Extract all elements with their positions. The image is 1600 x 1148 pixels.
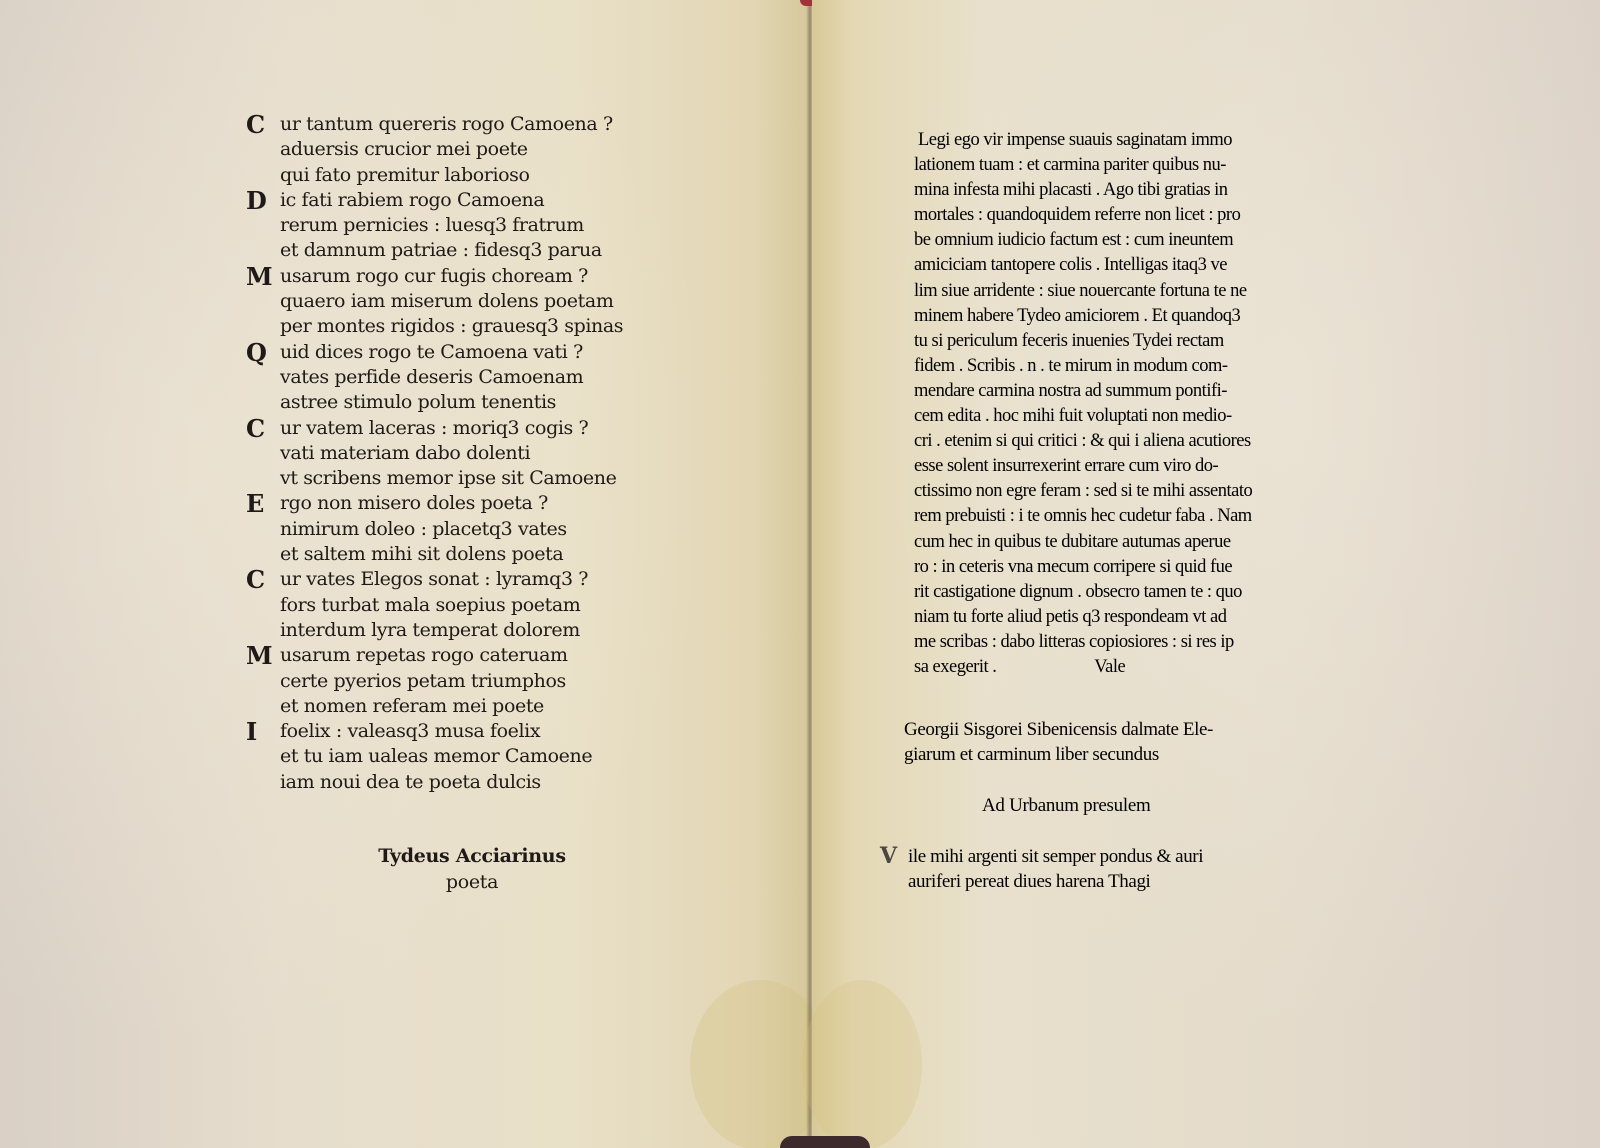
drop-initial: C [246, 567, 276, 592]
letter-line: amiciciam tantopere colis . Intelligas i… [914, 253, 1334, 278]
letter-line: me scribas : dabo litteras copiosiores :… [914, 630, 1334, 655]
drop-initial: E [246, 491, 276, 516]
poem-line: aduersis crucior mei poete [246, 137, 666, 162]
poem-line: interdum lyra temperat dolorem [246, 618, 666, 643]
drop-initial: M [246, 264, 276, 289]
letter-line: ctissimo non egre feram : sed si te mihi… [914, 479, 1334, 504]
left-page: Cur tantum quereris rogo Camoena ? aduer… [0, 0, 810, 1148]
drop-initial: V [880, 844, 910, 869]
poem-line: qui fato premitur laborioso [246, 163, 666, 188]
letter-line: esse solent insurrexerint errare cum vir… [914, 454, 1334, 479]
poem-line: fors turbat mala soepius poetam [246, 593, 666, 618]
letter-line: cem edita . hoc mihi fuit voluptati non … [914, 404, 1334, 429]
poem-line: quaero iam miserum dolens poetam [246, 289, 666, 314]
poem-line: vt scribens memor ipse sit Camoene [246, 466, 666, 491]
poem-dedication: Ad Urbanum presulem [982, 793, 1150, 818]
right-poem: Vile mihi argenti sit semper pondus & au… [880, 844, 1310, 895]
poem-line: Musarum repetas rogo cateruam [246, 643, 666, 668]
poem-line: et tu iam ualeas memor Camoene [246, 744, 666, 769]
poem-line: Quid dices rogo te Camoena vati ? [246, 340, 666, 365]
poem-line: Ifoelix : valeasq3 musa foelix [246, 719, 666, 744]
poem-line: Ergo non misero doles poeta ? [246, 491, 666, 516]
poem-line: Cur tantum quereris rogo Camoena ? [246, 112, 666, 137]
poem-line: vati materiam dabo dolenti [246, 441, 666, 466]
letter-text: Legi ego vir impense suauis saginatam im… [914, 128, 1334, 680]
letter-line: mina infesta mihi placasti . Ago tibi gr… [914, 178, 1334, 203]
poem-line: nimirum doleo : placetq3 vates [246, 517, 666, 542]
paper-stain [802, 980, 922, 1148]
letter-line: mendare carmina nostra ad summum pontifi… [914, 379, 1334, 404]
book-heading: Georgii Sisgorei Sibenicensis dalmate El… [904, 717, 1334, 767]
letter-line: lim siue arridente : siue nouercante for… [914, 279, 1334, 304]
author-name: Tydeus Acciarinus [372, 843, 572, 869]
poem-line: et saltem mihi sit dolens poeta [246, 542, 666, 567]
book-spread: Cur tantum quereris rogo Camoena ? aduer… [0, 0, 1600, 1148]
spine-shadow [780, 1136, 870, 1148]
poem-line: astree stimulo polum tenentis [246, 390, 666, 415]
drop-initial: C [246, 112, 276, 137]
poem-line: Cur vatem laceras : moriq3 cogis ? [246, 416, 666, 441]
letter-line: lationem tuam : et carmina pariter quibu… [914, 153, 1334, 178]
drop-initial: I [246, 719, 276, 744]
left-poem: Cur tantum quereris rogo Camoena ? aduer… [246, 112, 666, 795]
letter-line: niam tu forte aliud petis q3 respondeam … [914, 605, 1334, 630]
letter-line: cri . etenim si qui critici : & qui i al… [914, 429, 1334, 454]
letter-line: rem prebuisti : i te omnis hec cudetur f… [914, 504, 1334, 529]
poem-line: et nomen referam mei poete [246, 694, 666, 719]
poem-line: Dic fati rabiem rogo Camoena [246, 188, 666, 213]
poem-line: iam noui dea te poeta dulcis [246, 770, 666, 795]
heading-line: Georgii Sisgorei Sibenicensis dalmate El… [904, 717, 1334, 742]
binding-bottom-edge [0, 1134, 1600, 1148]
poem-line: certe pyerios petam triumphos [246, 669, 666, 694]
letter-line: Legi ego vir impense suauis saginatam im… [914, 128, 1334, 153]
heading-line: giarum et carminum liber secundus [904, 742, 1334, 767]
letter-line: minem habere Tydeo amiciorem . Et quando… [914, 304, 1334, 329]
letter-line: rit castigatione dignum . obsecro tamen … [914, 580, 1334, 605]
letter-line: fidem . Scribis . n . te mirum in modum … [914, 354, 1334, 379]
letter-line: tu si periculum feceris inuenies Tydei r… [914, 329, 1334, 354]
drop-initial: M [246, 643, 276, 668]
drop-initial: C [246, 416, 276, 441]
letter-closing: Vale [1094, 657, 1125, 677]
letter-line: sa exegerit . Vale [914, 655, 1334, 680]
poem-line: vates perfide deseris Camoenam [246, 365, 666, 390]
drop-initial: D [246, 188, 276, 213]
letter-line: cum hec in quibus te dubitare autumas ap… [914, 530, 1334, 555]
poem-line: rerum pernicies : luesq3 fratrum [246, 213, 666, 238]
poem-line: et damnum patriae : fidesq3 parua [246, 238, 666, 263]
poem-line: Cur vates Elegos sonat : lyramq3 ? [246, 567, 666, 592]
letter-line: ro : in ceteris vna mecum corripere si q… [914, 555, 1334, 580]
poem-line: Musarum rogo cur fugis choream ? [246, 264, 666, 289]
poem-line: per montes rigidos : grauesq3 spinas [246, 314, 666, 339]
letter-line: be omnium iudicio factum est : cum ineun… [914, 228, 1334, 253]
drop-initial: Q [246, 340, 276, 365]
letter-line: mortales : quandoquidem referre non lice… [914, 203, 1334, 228]
author-title: poeta [372, 869, 572, 895]
poem-line: Vile mihi argenti sit semper pondus & au… [880, 844, 1310, 869]
poem-line: auriferi pereat diues harena Thagi [880, 869, 1310, 894]
author-signature: Tydeus Acciarinus poeta [372, 843, 572, 895]
